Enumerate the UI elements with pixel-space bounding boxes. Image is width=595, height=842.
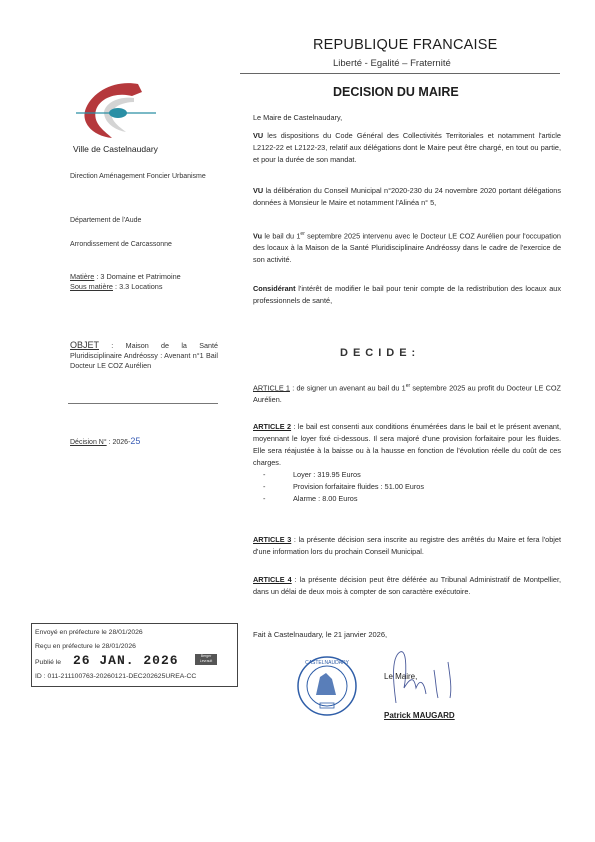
article-3: ARTICLE 3 : la présente décision sera in… — [253, 534, 561, 558]
charges-list: Loyer : 319.95 Euros Provision forfaitai… — [253, 469, 561, 505]
considerant-paragraph: Considérant l'intérêt de modifier le bai… — [253, 283, 561, 307]
republic-motto: Liberté - Egalité – Fraternité — [333, 58, 451, 69]
article-1: ARTICLE 1 : de signer un avenant au bail… — [253, 380, 561, 406]
departement-label: Département de l'Aude — [70, 216, 218, 226]
stamp-sent: Envoyé en préfecture le 28/01/2026 — [35, 629, 143, 636]
header-divider — [240, 73, 560, 74]
matiere-value: : 3 Domaine et Patrimoine — [94, 272, 180, 281]
article-2: ARTICLE 2 : le bail est consenti aux con… — [253, 421, 561, 505]
direction-label: Direction Aménagement Foncier Urbanisme — [70, 172, 218, 182]
stamp-published-date: 26 JAN. 2026 — [73, 653, 179, 668]
mayor-name: Patrick MAUGARD — [384, 711, 455, 720]
berger-levrault-badge: Berger Levrault — [195, 654, 217, 665]
article-2-label: ARTICLE 2 — [253, 422, 291, 431]
decision-number-line: Décision N° : 2026-25 — [70, 436, 218, 448]
prefecture-stamp: Envoyé en préfecture le 28/01/2026 Reçu … — [31, 623, 238, 687]
stamp-published-label: Publié le — [35, 659, 61, 666]
objet-block: OBJET : Maison de la Santé Pluridiscipli… — [70, 340, 218, 371]
stamp-received: Reçu en préfecture le 28/01/2026 — [35, 643, 136, 650]
vu-lead-2: VU — [253, 186, 263, 195]
article-4-text: : la présente décision peut être déférée… — [253, 575, 561, 596]
charge-item: Alarme : 8.00 Euros — [253, 493, 561, 505]
vu-lead-3: Vu — [253, 231, 262, 240]
vu-text-3a: le bail du 1 — [262, 231, 300, 240]
decision-number-label: Décision N° — [70, 439, 107, 446]
arrondissement-label: Arrondissement de Carcassonne — [70, 240, 218, 250]
article-2-text: : le bail est consenti aux conditions én… — [253, 422, 561, 467]
matiere-label: Matière — [70, 272, 94, 281]
article-1-text-a: : de signer un avenant au bail du 1 — [290, 383, 406, 392]
objet-label: OBJET — [70, 340, 99, 350]
sous-matiere-value: : 3.3 Locations — [113, 282, 163, 291]
charge-item: Loyer : 319.95 Euros — [253, 469, 561, 481]
vu-paragraph-2: VU la délibération du Conseil Municipal … — [253, 185, 561, 209]
article-4-label: ARTICLE 4 — [253, 575, 292, 584]
vu-lead-1: VU — [253, 131, 263, 140]
sous-matiere-label: Sous matière — [70, 282, 113, 291]
stamp-id: ID : 011-211100763-20260121-DEC202625URE… — [35, 673, 196, 680]
decide-heading: DECIDE: — [340, 347, 420, 359]
left-divider — [68, 403, 218, 404]
article-4: ARTICLE 4 : la présente décision peut êt… — [253, 574, 561, 598]
document-title: DECISION DU MAIRE — [333, 85, 459, 99]
city-name: Ville de Castelnaudary — [73, 144, 158, 154]
place-and-date: Fait à Castelnaudary, le 21 janvier 2026… — [253, 630, 387, 639]
considerant-lead: Considérant — [253, 284, 296, 293]
decision-number-prefix: : 2026- — [107, 439, 131, 446]
article-3-text: : la présente décision sera inscrite au … — [253, 535, 561, 556]
article-3-label: ARTICLE 3 — [253, 535, 291, 544]
republic-heading: REPUBLIQUE FRANCAISE — [313, 37, 498, 53]
vu-paragraph-1: VU les dispositions du Code Général des … — [253, 130, 561, 166]
vu-text-2: la délibération du Conseil Municipal n°2… — [253, 186, 561, 207]
charge-item: Provision forfaitaire fluides : 51.00 Eu… — [253, 481, 561, 493]
matiere-line: Matière : 3 Domaine et Patrimoine — [70, 272, 218, 282]
svg-text:CASTELNAUDARY: CASTELNAUDARY — [305, 660, 349, 666]
considerant-text: l'intérêt de modifier le bail pour tenir… — [253, 284, 561, 305]
city-seal-icon: CASTELNAUDARY — [296, 655, 358, 717]
vu-paragraph-3: Vu le bail du 1er septembre 2025 interve… — [253, 228, 561, 266]
salutation: Le Maire de Castelnaudary, — [253, 112, 561, 124]
vu-text-1: les dispositions du Code Général des Col… — [253, 131, 561, 164]
mayor-role: Le Maire, — [384, 672, 417, 681]
stamp-published: Publié le 26 JAN. 2026 — [35, 653, 179, 668]
city-logo-icon — [76, 80, 156, 142]
article-1-label: ARTICLE 1 — [253, 383, 290, 392]
decision-number-handwritten: 25 — [130, 436, 140, 446]
sous-matiere-line: Sous matière : 3.3 Locations — [70, 282, 218, 292]
